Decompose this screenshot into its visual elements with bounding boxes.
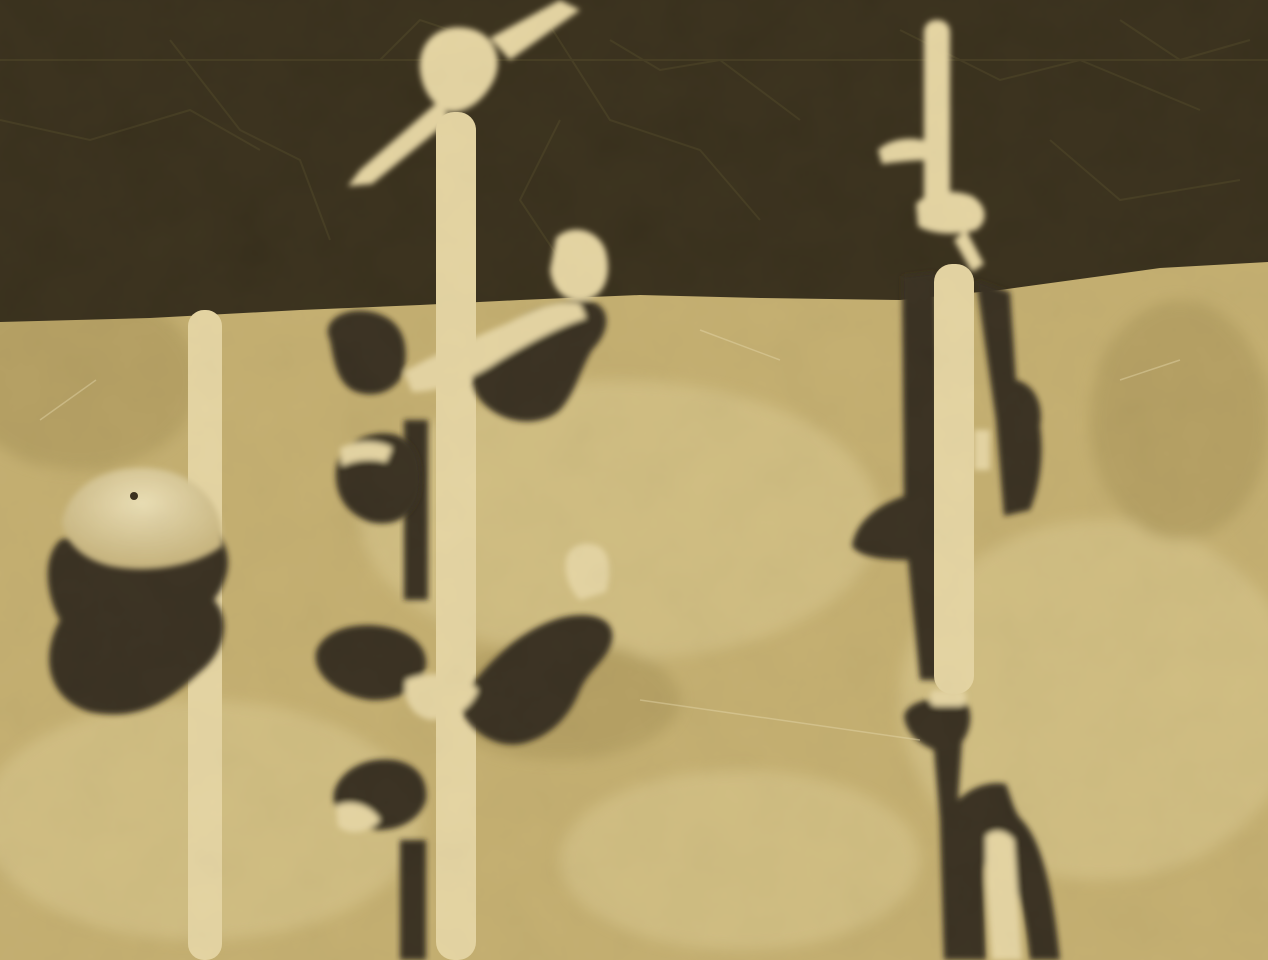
- sepia-photograph: [0, 0, 1268, 960]
